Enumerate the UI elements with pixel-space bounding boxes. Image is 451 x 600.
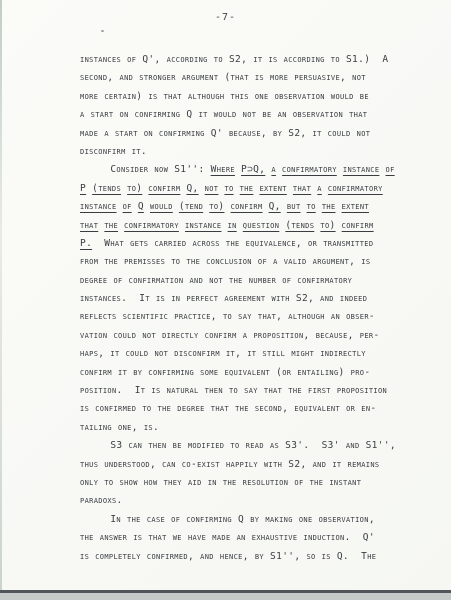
text-line: haps, it could not disconfirm it, it sti…	[80, 345, 430, 363]
text-line: disconfirm it.	[80, 143, 430, 161]
text-line: In the case of confirming Q by making on…	[80, 511, 430, 529]
text-line: from the premisses to the conclusion of …	[80, 253, 430, 271]
text-line: thus understood, can co-exist happily wi…	[80, 456, 430, 474]
text-line: instance of Q would (tend to) confirm Q,…	[80, 198, 430, 216]
text-line: vation could not directly confirm a prop…	[80, 327, 430, 345]
text-line: only to show how they aid in the resolut…	[80, 474, 430, 492]
text-line: is completely confirmed, and hence, by S…	[80, 548, 430, 566]
text-line: is confirmed to the degree that the seco…	[80, 400, 430, 418]
scan-speck	[101, 30, 104, 32]
text-line: degree of confirmation and not the numbe…	[80, 272, 430, 290]
text-line: P (tends to) confirm Q, not to the exten…	[80, 180, 430, 198]
text-line: tailing one, is.	[80, 419, 430, 437]
text-line: more certain) is that although this one …	[80, 88, 430, 106]
text-line: instances of Q', according to S2, it is …	[80, 51, 430, 69]
scanner-background	[0, 593, 451, 600]
text-line: S3 can then be modified to read as S3'. …	[80, 437, 430, 455]
text-line: confirm it by confirming some equivalent…	[80, 364, 430, 382]
text-line: position. It is natural then to say that…	[80, 382, 430, 400]
body-text: instances of Q', according to S2, it is …	[80, 51, 430, 566]
scan-left-edge	[0, 0, 2, 594]
text-line: P. What gets carried across the equivale…	[80, 235, 430, 253]
text-line: reflects scientific practice, to say tha…	[80, 308, 430, 326]
page-number: -7-	[0, 12, 451, 23]
text-line: second, and stronger argument (that is m…	[80, 69, 430, 87]
text-line: paradoxs.	[80, 492, 430, 510]
text-line: that the confirmatory instance in questi…	[80, 217, 430, 235]
text-line: the answer is that we have made an exhau…	[80, 529, 430, 547]
scanned-typescript-page: -7- instances of Q', according to S2, it…	[0, 0, 451, 600]
text-line: made a start on confirming Q' because, b…	[80, 125, 430, 143]
text-line: a start on confirming Q it would not be …	[80, 106, 430, 124]
text-line: Consider now S1'': Where P⊃Q, a confirma…	[80, 161, 430, 179]
text-line: instances. It is in perfect agreement wi…	[80, 290, 430, 308]
